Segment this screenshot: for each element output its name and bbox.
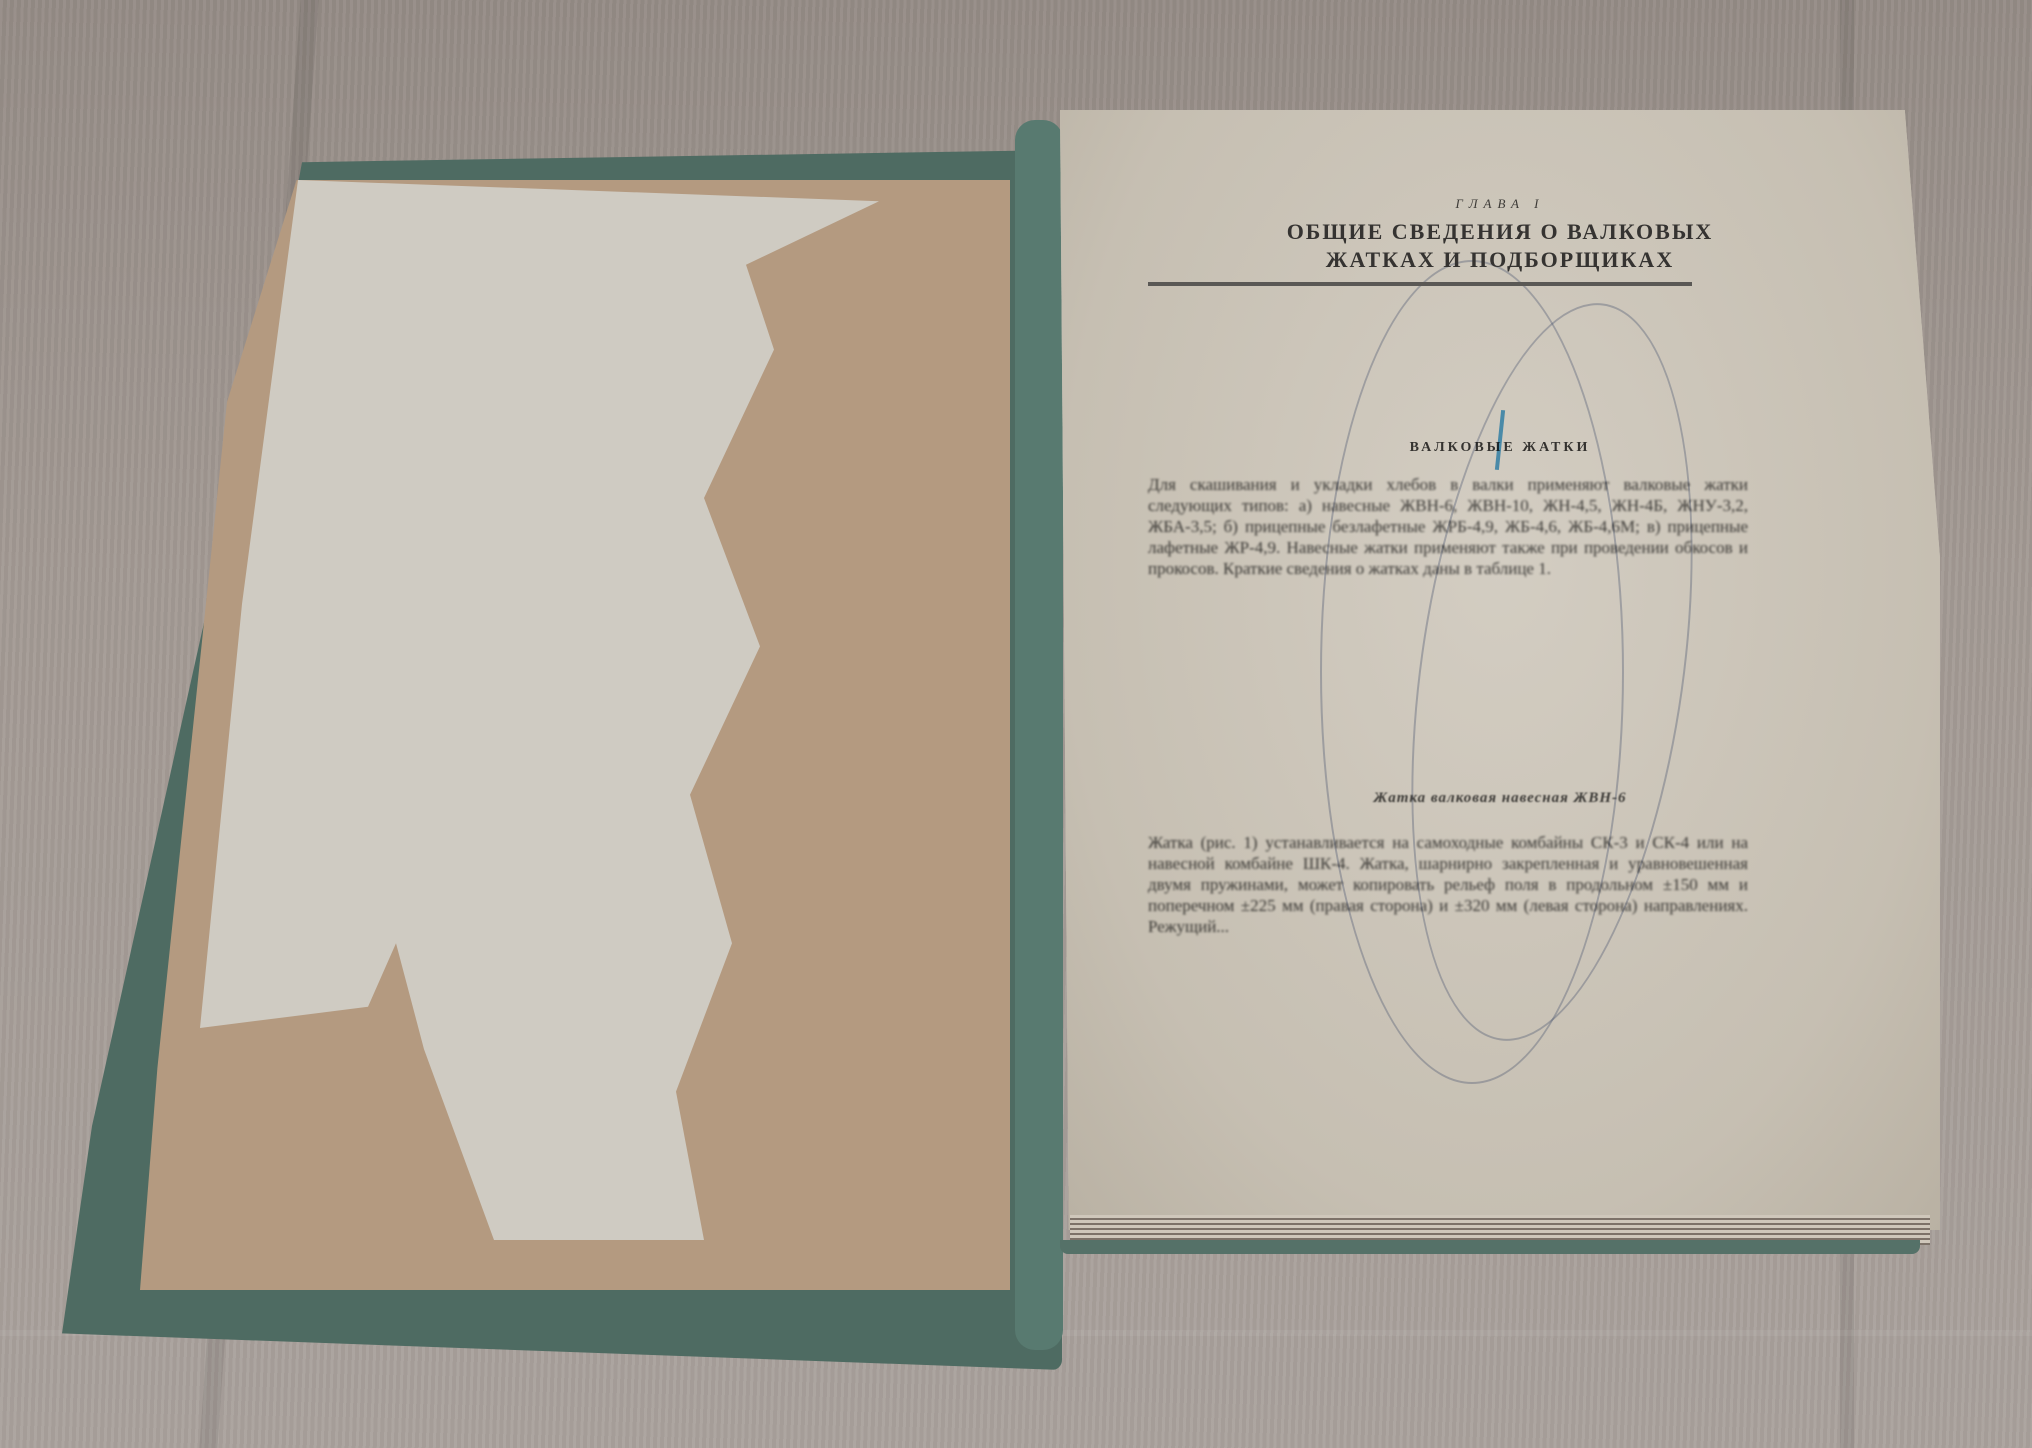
- chapter-title: ОБЩИЕ СВЕДЕНИЯ О ВАЛКОВЫХ ЖАТКАХ И ПОДБО…: [1060, 218, 1940, 274]
- chapter-title-line2: ЖАТКАХ И ПОДБОРЩИКАХ: [1060, 246, 1940, 274]
- chapter-title-line1: ОБЩИЕ СВЕДЕНИЯ О ВАЛКОВЫХ: [1060, 218, 1940, 246]
- book-back-cover-edge: [1060, 1240, 1920, 1254]
- section-paragraph: Для скашивания и укладки хлебов в валки …: [1148, 474, 1748, 579]
- subsection-heading: Жатка валковая навесная ЖВН-6: [1060, 790, 1940, 807]
- chapter-label: ГЛАВА I: [1060, 196, 1940, 212]
- title-rule: [1148, 282, 1692, 286]
- section-heading: ВАЛКОВЫЕ ЖАТКИ: [1060, 440, 1940, 456]
- subsection-paragraph: Жатка (рис. 1) устанавливается на самохо…: [1148, 832, 1748, 937]
- book-spine: [1015, 120, 1063, 1350]
